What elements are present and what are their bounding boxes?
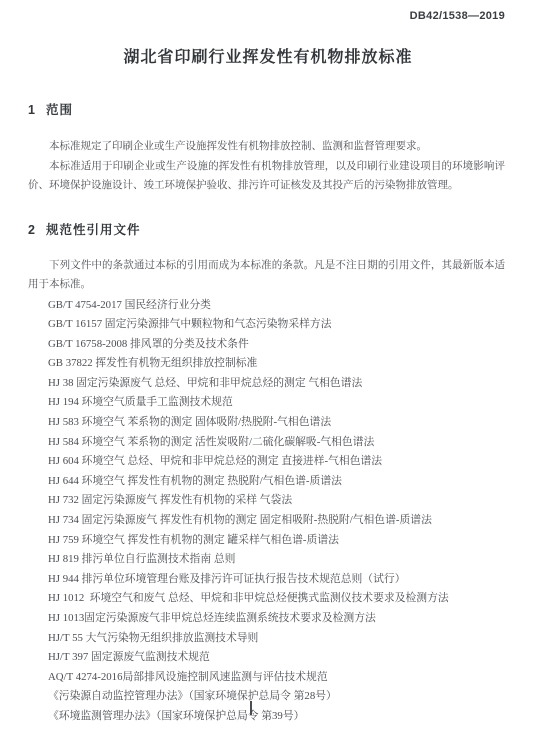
reference-item: HJ/T 397 固定源废气监测技术规范 xyxy=(48,648,505,668)
section-2-number: 2 xyxy=(28,223,35,237)
reference-item: AQ/T 4274-2016局部排风设施控制风速监测与评估技术规范 xyxy=(48,668,505,688)
reference-item: HJ 194 环境空气质量手工监测技术规范 xyxy=(48,393,505,413)
reference-item: HJ 604 环境空气 总烃、甲烷和非甲烷总烃的测定 直接进样-气相色谱法 xyxy=(48,452,505,472)
reference-item: HJ 644 环境空气 挥发性有机物的测定 热脱附/气相色谱-质谱法 xyxy=(48,472,505,492)
reference-item: 《污染源自动监控管理办法》（国家环境保护总局令 第28号） xyxy=(48,687,505,707)
section-normative-references: 2规范性引用文件 下列文件中的条款通过本标的引用而成为本标准的条款。凡是不注日期… xyxy=(28,221,505,727)
section-1-title: 范围 xyxy=(46,103,73,117)
reference-item: HJ 1013固定污染源废气非甲烷总烃连续监测系统技术要求及检测方法 xyxy=(48,609,505,629)
reference-item: HJ/T 55 大气污染物无组织排放监测技术导则 xyxy=(48,629,505,649)
reference-item: HJ 1012 环境空气和废气 总烃、甲烷和非甲烷总烃便携式监测仪技术要求及检测… xyxy=(48,589,505,609)
reference-item: HJ 583 环境空气 苯系物的测定 固体吸附/热脱附-气相色谱法 xyxy=(48,413,505,433)
reference-item: HJ 584 环境空气 苯系物的测定 活性炭吸附/二硫化碳解吸-气相色谱法 xyxy=(48,433,505,453)
reference-item: HJ 759 环境空气 挥发性有机物的测定 罐采样气相色谱-质谱法 xyxy=(48,531,505,551)
reference-item: GB/T 16157 固定污染源排气中颗粒物和气态污染物采样方法 xyxy=(48,315,505,335)
reference-item: HJ 944 排污单位环境管理台账及排污许可证执行报告技术规范总则（试行） xyxy=(48,570,505,590)
reference-list: GB/T 4754-2017 国民经济行业分类 GB/T 16157 固定污染源… xyxy=(48,296,505,727)
reference-item: HJ 38 固定污染源废气 总烃、甲烷和非甲烷总烃的测定 气相色谱法 xyxy=(48,374,505,394)
standard-code: DB42/1538—2019 xyxy=(410,10,505,22)
section-2-paragraphs: 下列文件中的条款通过本标的引用而成为本标准的条款。凡是不注日期的引用文件，其最新… xyxy=(28,256,505,295)
reference-item: GB/T 4754-2017 国民经济行业分类 xyxy=(48,296,505,316)
section-2-title: 规范性引用文件 xyxy=(46,223,141,237)
reference-item: 《环境监测管理办法》（国家环境保护总局令 第39号） xyxy=(48,707,505,727)
reference-item: GB 37822 挥发性有机物无组织排放控制标准 xyxy=(48,354,505,374)
section-1-heading: 1范围 xyxy=(28,101,505,119)
reference-item: GB/T 16758-2008 排风罩的分类及技术条件 xyxy=(48,335,505,355)
section-2-heading: 2规范性引用文件 xyxy=(28,221,505,239)
document-body: 1范围 本标准规定了印刷企业或生产设施挥发性有机物排放控制、监测和监督管理要求。… xyxy=(0,101,536,727)
document-page: DB42/1538—2019 湖北省印刷行业挥发性有机物排放标准 1范围 本标准… xyxy=(0,0,536,729)
section-1-paragraphs: 本标准规定了印刷企业或生产设施挥发性有机物排放控制、监测和监督管理要求。 本标准… xyxy=(28,137,505,196)
reference-item: HJ 734 固定污染源废气 挥发性有机物的测定 固定相吸附-热脱附/气相色谱-… xyxy=(48,511,505,531)
section-1-number: 1 xyxy=(28,103,35,117)
reference-item: HJ 819 排污单位自行监测技术指南 总则 xyxy=(48,550,505,570)
section-scope: 1范围 本标准规定了印刷企业或生产设施挥发性有机物排放控制、监测和监督管理要求。… xyxy=(28,101,505,196)
paragraph: 下列文件中的条款通过本标的引用而成为本标准的条款。凡是不注日期的引用文件，其最新… xyxy=(28,256,505,295)
reference-item: HJ 732 固定污染源废气 挥发性有机物的采样 气袋法 xyxy=(48,491,505,511)
paragraph: 本标准适用于印刷企业或生产设施的挥发性有机物排放管理，以及印刷行业建设项目的环境… xyxy=(28,157,505,196)
text-cursor xyxy=(250,701,252,715)
paragraph: 本标准规定了印刷企业或生产设施挥发性有机物排放控制、监测和监督管理要求。 xyxy=(28,137,505,157)
